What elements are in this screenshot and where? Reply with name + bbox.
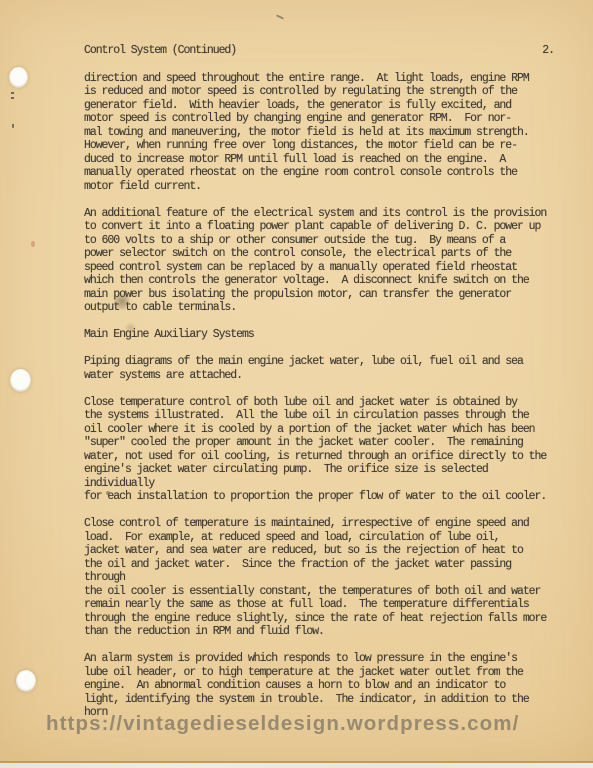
margin-mark [11,92,14,99]
page-title: Control System (Continued) [84,44,236,58]
paragraph-piping-diagrams: Piping diagrams of the main engine jacke… [84,355,554,382]
margin-mark [12,124,14,128]
typewritten-content: Control System (Continued) 2. direction … [84,44,554,733]
scanner-background [0,763,593,768]
page-header: Control System (Continued) 2. [84,44,554,58]
paragraph-temperature-control: Close temperature control of both lube o… [84,396,554,504]
page-number: 2. [542,44,554,58]
section-heading-auxiliary-systems: Main Engine Auxiliary Systems [84,328,554,342]
punch-hole-bottom [16,670,36,692]
paragraph-alarm-system: An alarm system is provided which respon… [84,652,554,720]
punch-hole-top [9,67,28,88]
paper-speck [31,241,35,247]
paragraph-close-control: Close control of temperature is maintain… [84,517,554,639]
watermark-url: https://vintagedieseldesign.wordpress.co… [46,712,546,736]
paper-speck [276,14,284,19]
paragraph-motor-field: direction and speed throughout the entir… [84,72,554,194]
punch-hole-middle [10,369,31,392]
paragraph-floating-power-plant: An additional feature of the electrical … [84,207,554,315]
paper-sheet: Control System (Continued) 2. direction … [0,0,593,763]
